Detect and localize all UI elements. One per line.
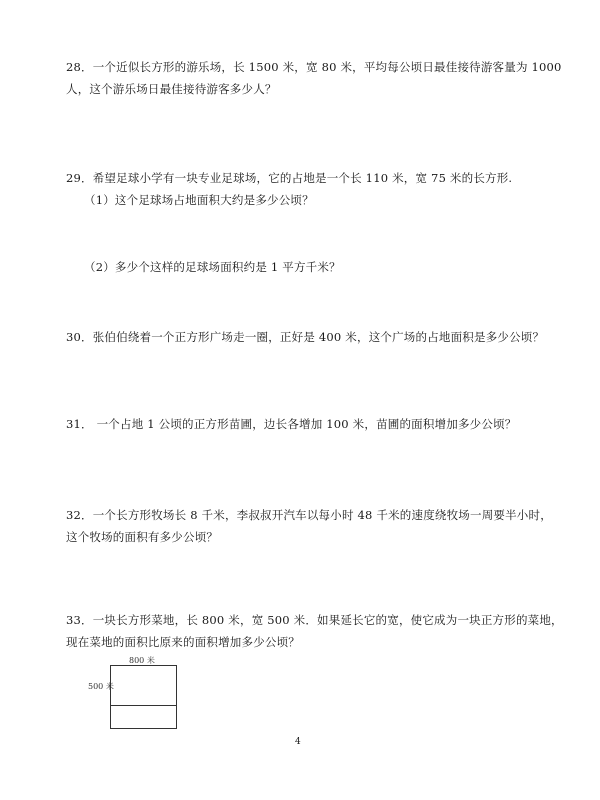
field-extension-line xyxy=(110,705,177,706)
question-33-line-1: 33．一块长方形菜地，长 800 米，宽 500 米．如果延长它的宽，使它成为一… xyxy=(66,613,563,627)
question-32-line-2: 这个牧场的面积有多少公顷？ xyxy=(66,530,218,544)
question-32-line-1: 32．一个长方形牧场长 8 千米，李叔叔开汽车以每小时 48 千米的速度绕牧场一… xyxy=(66,508,552,522)
question-29-part-1: （1）这个足球场占地面积大约是多少公顷？ xyxy=(84,193,314,207)
question-29-line-1: 29．希望足球小学有一块专业足球场，它的占地是一个长 110 米，宽 75 米的… xyxy=(66,171,512,185)
question-33-line-2: 现在菜地的面积比原来的面积增加多少公顷？ xyxy=(66,635,300,649)
question-31-line-1: 31． 一个占地 1 公顷的正方形苗圃，边长各增加 100 米，苗圃的面积增加多… xyxy=(66,417,516,431)
field-rectangle xyxy=(110,665,177,729)
question-30-line-1: 30．张伯伯绕着一个正方形广场走一圈，正好是 400 米，这个广场的占地面积是多… xyxy=(66,330,544,344)
question-29-part-2: （2）多少个这样的足球场面积约是 1 平方千米？ xyxy=(84,260,341,274)
question-28-line-1: 28．一个近似长方形的游乐场，长 1500 米，宽 80 米，平均每公顷日最佳接… xyxy=(66,60,562,74)
question-28-line-2: 人，这个游乐场日最佳接待游客多少人？ xyxy=(66,82,277,96)
page-number: 4 xyxy=(295,737,301,747)
